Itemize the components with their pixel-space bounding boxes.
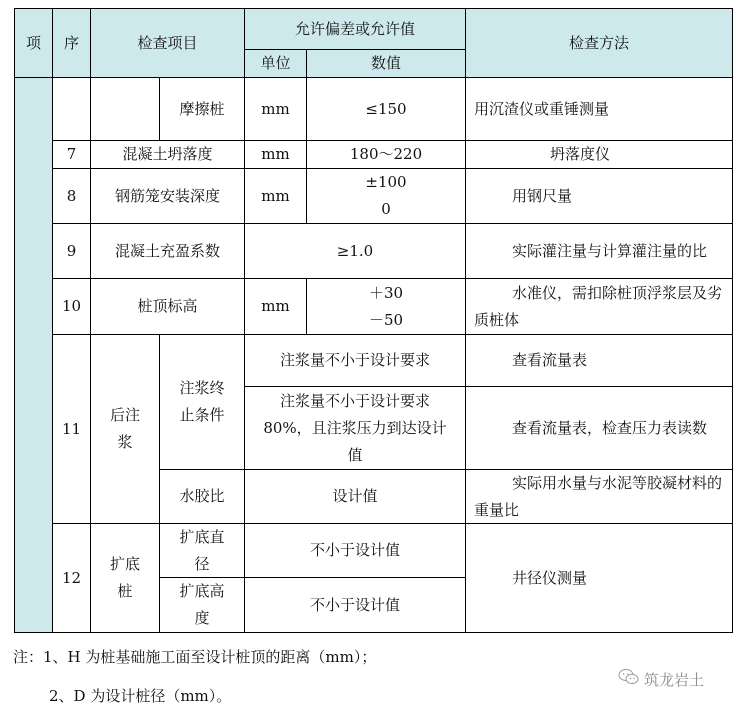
row7-item: 混凝土坍落度 bbox=[90, 140, 245, 169]
row8-method: 用钢尺量 bbox=[465, 168, 733, 224]
header-unit: 单位 bbox=[244, 49, 307, 78]
row10-value-upper: ＋30 bbox=[369, 280, 403, 307]
row8-seq: 8 bbox=[52, 168, 91, 224]
row12-sub-diameter: 扩底直径 bbox=[159, 523, 245, 578]
row0-item bbox=[90, 77, 160, 141]
row11-item: 后注浆 bbox=[90, 334, 160, 524]
row11-sub2-value: 设计值 bbox=[244, 469, 466, 524]
row10-value-lower: －50 bbox=[369, 307, 403, 334]
header-xiang: 项 bbox=[14, 8, 53, 78]
row7-unit: mm bbox=[244, 140, 307, 169]
header-check-item: 检查项目 bbox=[90, 8, 245, 78]
row8-unit: mm bbox=[244, 168, 307, 224]
row9-seq: 9 bbox=[52, 223, 91, 279]
watermark: 筑龙岩土 bbox=[618, 668, 704, 690]
row9-value: ≥1.0 bbox=[244, 223, 466, 279]
header-value: 数值 bbox=[306, 49, 466, 78]
row0-unit: mm bbox=[244, 77, 307, 141]
header-method: 检查方法 bbox=[465, 8, 733, 78]
row11-sub-termination: 注浆终止条件 bbox=[159, 334, 245, 470]
row8-item: 钢筋笼安装深度 bbox=[90, 168, 245, 224]
row9-item: 混凝土充盈系数 bbox=[90, 223, 245, 279]
row12-sub0-value: 不小于设计值 bbox=[244, 523, 466, 578]
row11-sub2-method: 实际用水量与水泥等胶凝材料的重量比 bbox=[465, 469, 733, 524]
row0-subitem: 摩擦桩 bbox=[159, 77, 245, 141]
note-line-2: 2、D 为设计桩径（mm）。 bbox=[49, 686, 231, 706]
row7-value: 180～220 bbox=[306, 140, 466, 169]
row10-method: 水准仪，需扣除桩顶浮浆层及劣质桩体 bbox=[465, 278, 733, 335]
row12-method: 井径仪测量 bbox=[465, 523, 733, 633]
watermark-text: 筑龙岩土 bbox=[644, 669, 704, 690]
row10-seq: 10 bbox=[52, 278, 91, 335]
row11-sub0-value: 注浆量不小于设计要求 bbox=[244, 334, 466, 387]
note-line-1: 注：1、H 为桩基础施工面至设计桩顶的距离（mm）； bbox=[13, 647, 376, 667]
row0-method: 用沉渣仪或重锤测量 bbox=[465, 77, 733, 141]
row12-seq: 12 bbox=[52, 523, 91, 633]
row11-seq: 11 bbox=[52, 334, 91, 524]
row11-sub1-method: 查看流量表，检查压力表读数 bbox=[465, 386, 733, 470]
header-tolerance: 允许偏差或允许值 bbox=[244, 8, 466, 50]
row11-sub-water-binder: 水胶比 bbox=[159, 469, 245, 524]
row12-sub-height: 扩底高度 bbox=[159, 577, 245, 633]
row12-sub1-value: 不小于设计值 bbox=[244, 577, 466, 633]
row8-value-upper: ±100 bbox=[365, 169, 406, 196]
row11-sub0-method: 查看流量表 bbox=[465, 334, 733, 387]
row0-value: ≤150 bbox=[306, 77, 466, 141]
wechat-icon bbox=[618, 668, 640, 690]
row10-value: ＋30 －50 bbox=[306, 278, 466, 335]
row11-sub1-value: 注浆量不小于设计要求80%，且注浆压力到达设计值 bbox=[244, 386, 466, 470]
row12-item: 扩底桩 bbox=[90, 523, 160, 633]
xiang-column-body bbox=[14, 77, 53, 633]
row7-method: 坍落度仪 bbox=[465, 140, 733, 169]
row9-method: 实际灌注量与计算灌注量的比 bbox=[465, 223, 733, 279]
row8-value: ±100 0 bbox=[306, 168, 466, 224]
row8-value-lower: 0 bbox=[381, 196, 391, 223]
header-xu: 序 bbox=[52, 8, 91, 78]
row10-unit: mm bbox=[244, 278, 307, 335]
row7-seq: 7 bbox=[52, 140, 91, 169]
row10-item: 桩顶标高 bbox=[90, 278, 245, 335]
row0-seq bbox=[52, 77, 91, 141]
